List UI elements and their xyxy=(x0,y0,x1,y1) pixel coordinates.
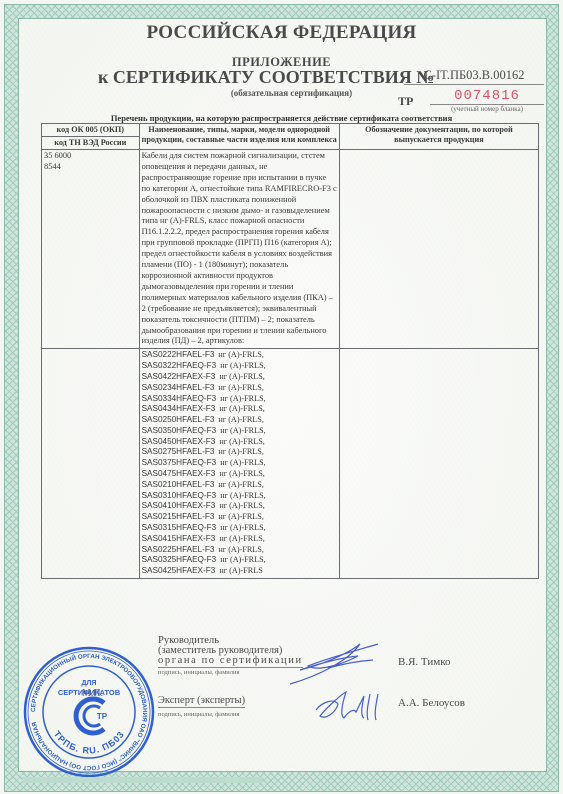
list-item: SAS0222HFAEL-F3нг (А)-FRLS, xyxy=(142,350,337,361)
empty-documentation-cell xyxy=(339,349,538,579)
head-name: В.Я. Тимко xyxy=(398,656,451,668)
product-description: Кабели для систем пожарной сигнализации,… xyxy=(139,150,339,349)
article-code: SAS0250HFAEL-F3 xyxy=(142,415,215,424)
article-suffix: нг (А)-FRLS, xyxy=(218,512,264,521)
list-item: SAS0475HFAEX-F3нг (А)-FRLS, xyxy=(142,469,337,480)
header-tnved-code: код ТН ВЭД России xyxy=(42,137,140,150)
article-suffix: нг (А)-FRLS, xyxy=(218,545,264,554)
list-item: SAS0210HFAEL-F3нг (А)-FRLS, xyxy=(142,480,337,491)
article-suffix: нг (А)-FRLS, xyxy=(220,458,266,467)
article-suffix: нг (А)-FRLS, xyxy=(219,404,265,413)
list-item: SAS0225HFAEL-F3нг (А)-FRLS, xyxy=(142,545,337,556)
list-item: SAS0422HFAEX-F3нг (А)-FRLS, xyxy=(142,372,337,383)
article-suffix: нг (А)-FRLS, xyxy=(220,361,266,370)
head-role: Руководитель (заместитель руководителя) … xyxy=(158,636,303,668)
okp-code-value: 35 6000 xyxy=(44,151,137,162)
list-item: SAS0315HFAEQ-F3нг (А)-FRLS, xyxy=(142,523,337,534)
codes-cell: 35 6000 8544 xyxy=(42,150,140,349)
expert-name: А.А. Белоусов xyxy=(398,697,465,709)
certificate-label: к СЕРТИФИКАТУ СООТВЕТСТВИЯ № xyxy=(98,67,434,88)
list-item: SAS0334HFAEQ-F3нг (А)-FRLS, xyxy=(142,394,337,405)
list-item: SAS0325HFAEQ-F3нг (А)-FRLS, xyxy=(142,555,337,566)
documentation-cell xyxy=(339,150,538,349)
empty-code-cell xyxy=(42,349,140,579)
list-item: SAS0275HFAEL-F3нг (А)-FRLS, xyxy=(142,447,337,458)
article-suffix: нг (А)-FRLS, xyxy=(219,437,265,446)
article-suffix: нг (А)-FRLS, xyxy=(219,534,265,543)
article-code: SAS0275HFAEL-F3 xyxy=(142,447,215,456)
article-suffix: нг (А)-FRLS, xyxy=(218,480,264,489)
article-suffix: нг (А)-FRLS, xyxy=(220,426,266,435)
list-item: SAS0434HFAEX-F3нг (А)-FRLS, xyxy=(142,404,337,415)
form-number-caption: (учетный номер бланка) xyxy=(430,105,544,113)
list-item: SAS0310HFAEQ-F3нг (А)-FRLS, xyxy=(142,491,337,502)
article-suffix: нг (А)-FRLS, xyxy=(220,555,266,564)
head-signature-caption: подпись, инициалы, фамилия xyxy=(158,669,240,676)
article-suffix: нг (А)-FRLS, xyxy=(218,383,264,392)
list-item: SAS0375HFAEQ-F3нг (А)-FRLS, xyxy=(142,458,337,469)
article-code: SAS0210HFAEL-F3 xyxy=(142,480,215,489)
form-number: 0074816 xyxy=(430,88,544,105)
article-code: SAS0425HFAEX-F3 xyxy=(142,566,216,575)
article-code: SAS0450HFAEX-F3 xyxy=(142,437,216,446)
list-item: SAS0250HFAEL-F3нг (А)-FRLS, xyxy=(142,415,337,426)
certification-stamp: СЕРТИФИКАЦИОННЫЙ ОРГАН ЭЛЕКТРООБОРУДОВАН… xyxy=(22,645,156,779)
head-role-line3: органа по сертификации xyxy=(158,656,303,668)
list-item: SAS0425HFAEX-F3нг (А)-FRLS xyxy=(142,566,337,577)
form-series: ТР xyxy=(398,94,413,109)
article-code: SAS0225HFAEL-F3 xyxy=(142,545,215,554)
list-item: SAS0234HFAEL-F3нг (А)-FRLS, xyxy=(142,383,337,394)
head-signature-icon xyxy=(288,636,388,688)
article-code: SAS0334HFAEQ-F3 xyxy=(142,394,217,403)
expert-signature-icon xyxy=(312,690,392,724)
article-suffix: нг (А)-FRLS, xyxy=(218,415,264,424)
stamp-logo-text: ТР xyxy=(97,712,108,721)
article-suffix: нг (А)-FRLS xyxy=(219,566,262,575)
certificate-number: С-IT.ПБ03.В.00162 xyxy=(404,68,544,85)
table-row: SAS0222HFAEL-F3нг (А)-FRLS,SAS0322HFAEQ-… xyxy=(42,349,539,579)
expert-role: Эксперт (эксперты) xyxy=(158,695,245,708)
list-item: SAS0322HFAEQ-F3нг (А)-FRLS, xyxy=(142,361,337,372)
list-item: SAS0410HFAEX-F3нг (А)-FRLS, xyxy=(142,501,337,512)
article-code: SAS0325HFAEQ-F3 xyxy=(142,555,217,564)
articles-list: SAS0222HFAEL-F3нг (А)-FRLS,SAS0322HFAEQ-… xyxy=(139,349,339,579)
article-code: SAS0322HFAEQ-F3 xyxy=(142,361,217,370)
article-suffix: нг (А)-FRLS, xyxy=(218,350,264,359)
expert-signature-caption: подпись, инициалы, фамилия xyxy=(158,711,240,718)
tnved-code-value: 8544 xyxy=(44,162,137,173)
article-code: SAS0350HFAEQ-F3 xyxy=(142,426,217,435)
article-suffix: нг (А)-FRLS, xyxy=(220,491,266,500)
article-code: SAS0415HFAEX-F3 xyxy=(142,534,216,543)
article-code: SAS0315HFAEQ-F3 xyxy=(142,523,217,532)
article-suffix: нг (А)-FRLS, xyxy=(220,523,266,532)
header-okp-code: код ОК 005 (ОКП) xyxy=(42,124,140,137)
table-row: 35 6000 8544 Кабели для систем пожарной … xyxy=(42,150,539,349)
article-suffix: нг (А)-FRLS, xyxy=(219,469,265,478)
list-item: SAS0215HFAEL-F3нг (А)-FRLS, xyxy=(142,512,337,523)
article-code: SAS0410HFAEX-F3 xyxy=(142,501,216,510)
article-suffix: нг (А)-FRLS, xyxy=(220,394,266,403)
products-table: код ОК 005 (ОКП) Наименование, типы, мар… xyxy=(41,123,539,579)
stamp-mp-label: М.П. xyxy=(82,688,103,699)
article-code: SAS0234HFAEL-F3 xyxy=(142,383,215,392)
list-item: SAS0350HFAEQ-F3нг (А)-FRLS, xyxy=(142,426,337,437)
article-suffix: нг (А)-FRLS, xyxy=(219,501,265,510)
article-code: SAS0475HFAEX-F3 xyxy=(142,469,216,478)
article-suffix: нг (А)-FRLS, xyxy=(218,447,264,456)
article-code: SAS0310HFAEQ-F3 xyxy=(142,491,217,500)
header-product-name: Наименование, типы, марки, модели одноро… xyxy=(139,124,339,150)
article-code: SAS0434HFAEX-F3 xyxy=(142,404,216,413)
list-item: SAS0415HFAEX-F3нг (А)-FRLS, xyxy=(142,534,337,545)
article-code: SAS0422HFAEX-F3 xyxy=(142,372,216,381)
article-code: SAS0215HFAEL-F3 xyxy=(142,512,215,521)
stamp-top-text: ДЛЯ xyxy=(82,680,97,687)
table-header-row: код ОК 005 (ОКП) Наименование, типы, мар… xyxy=(42,124,539,137)
bottom-print-strip xyxy=(22,777,262,783)
list-item: SAS0450HFAEX-F3нг (А)-FRLS, xyxy=(142,437,337,448)
products-table-caption: Перечень продукции, на которую распростр… xyxy=(0,113,563,123)
country-title: РОССИЙСКАЯ ФЕДЕРАЦИЯ xyxy=(0,22,563,44)
article-code: SAS0222HFAEL-F3 xyxy=(142,350,215,359)
header-documentation: Обозначение документации, по которой вып… xyxy=(339,124,538,150)
article-suffix: нг (А)-FRLS, xyxy=(219,372,265,381)
article-code: SAS0375HFAEQ-F3 xyxy=(142,458,217,467)
